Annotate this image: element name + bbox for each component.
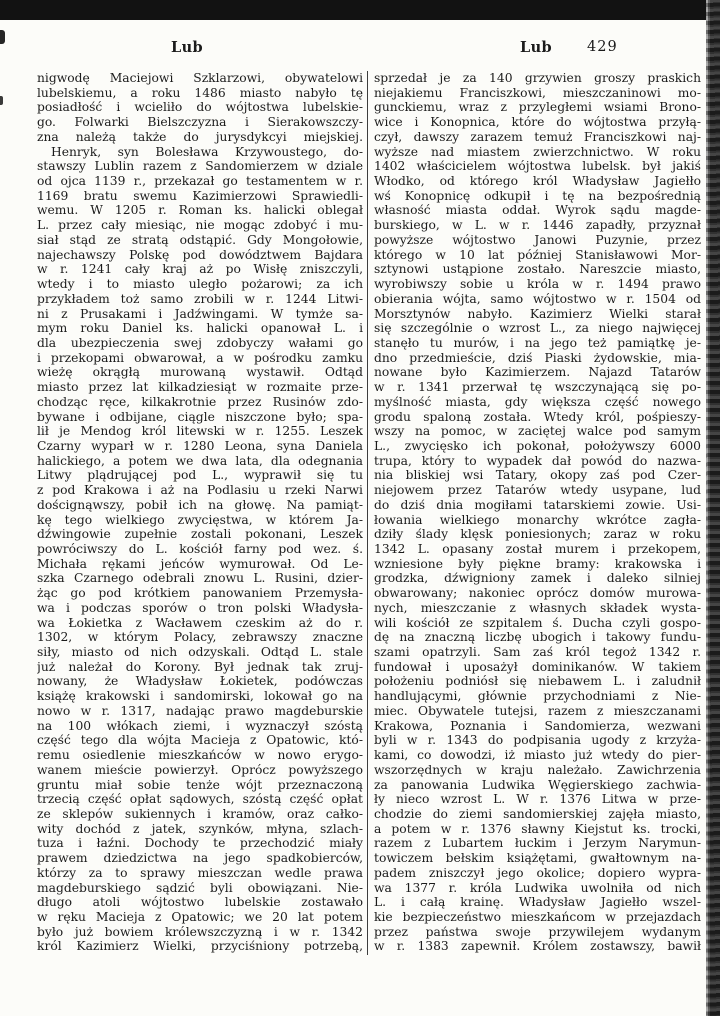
text-line: Henryk, syn Bolesława Krzywoustego, do- [37,145,363,160]
text-line: gunckiemu, wraz z przyległemi wsiami Bro… [374,100,701,115]
scanned-book-page: Lub Lub 429 nigwodę Maciejowi Szklarzowi… [0,0,720,1016]
text-line: wyższe nad miastem zwierzchnictwo. W rok… [374,145,701,160]
text-line: dziły ślady klęsk poniesionych; zaraz w … [374,527,701,542]
text-line: przez państwa swoje przywilejem wydanym [374,925,701,940]
left-text-column: nigwodę Maciejowi Szklarzowi, obywatelow… [37,71,363,954]
text-line: w r. 1383 zapewnił. Królem zostawszy, ba… [374,939,701,954]
text-line: wzniesione były piękne bramy: krakowska … [374,557,701,572]
text-line: ni z Prusakami i Jadźwingami. W tymże sa… [37,307,363,322]
text-line: od ojca 1139 r., przekazał go testamente… [37,174,363,189]
text-line: długo atoli wójtostwo lubelskie zostawał… [37,895,363,910]
text-line: przykładem toż samo zrobili w r. 1244 Li… [37,292,363,307]
right-text-column: sprzedał je za 140 grzywien groszy prask… [374,71,701,954]
text-line: lił je Mendog król litewski w r. 1255. L… [37,424,363,439]
text-line: dla ubezpieczenia swej zdobyczy wałami g… [37,336,363,351]
text-line: w ręku Macieja z Opatowic; we 20 lat pot… [37,910,363,925]
text-line: nowane było Kazimierzem. Najazd Tatarów [374,365,701,380]
text-line: dno przedmieście, dziś Piaski żydowskie,… [374,351,701,366]
text-line: remu osiedlenie mieszkańców w nowo erygo… [37,748,363,763]
text-line: Morsztynów nabyło. Kazimierz Wielki star… [374,307,701,322]
text-line: żąc go pod krótkiem panowaniem Przemysła… [37,586,363,601]
text-line: posiadłość i wcieliło do wójtostwa lubel… [37,100,363,115]
text-line: nowo w r. 1317, nadając prawo magdebursk… [37,704,363,719]
text-line: a potem w r. 1376 sławny Kiejstut ks. tr… [374,822,701,837]
text-line: wili kościół ze szpitalem ś. Ducha czyli… [374,616,701,631]
text-line: z pod Krakowa i aż na Podlasiu u rzeki N… [37,483,363,498]
text-line: łowania wielkiego monarchy wkrótce zagła… [374,513,701,528]
text-line: się szczególnie o wzrost L., za niego na… [374,321,701,336]
text-line: grodu spaloną została. Wtedy król, pośpi… [374,410,701,425]
text-line: do dziś dnia mogiłami tatarskiemi zowie.… [374,498,701,513]
text-line: wa 1377 r. króla Ludwika uwolniła od nic… [374,881,701,896]
column-divider-rule [367,71,368,955]
text-line: niejakiemu Franciszkowi, mieszczaninowi … [374,86,701,101]
text-line: wszy na pomoc, w zaciętej walce pod samy… [374,424,701,439]
text-line: którzy za to sprawy mieszczan wedle praw… [37,866,363,881]
text-line: sztynowi ustąpione zostało. Nareszcie mi… [374,262,701,277]
text-line: chodzie do ziemi sandomierskiej zajęła m… [374,807,701,822]
text-line: wtedy i to miasto uległo pożarowi; za ic… [37,277,363,292]
text-line: nia bliskiej wsi Tatary, okopy zaś pod C… [374,468,701,483]
text-line: dę na znaczną liczbę ubogich i takowy fu… [374,630,701,645]
text-line: kie bezpieczeństwo mieszkańcom w przejaz… [374,910,701,925]
scan-artifact-top-edge [0,0,720,20]
text-line: wa i podczas sporów o tron polski Władys… [37,601,363,616]
text-line: handlującymi, głównie przychodniami z Ni… [374,689,701,704]
text-line: nigwodę Maciejowi Szklarzowi, obywatelow… [37,71,363,86]
text-line: Krakowa, Poznania i Sandomierza, wezwani [374,719,701,734]
text-line: chodząc ręce, kilkakrotnie przez Rusinów… [37,395,363,410]
text-line: powróciwszy do L. kościół farny pod wez.… [37,542,363,557]
scan-artifact-right-edge [706,0,720,1016]
text-line: na 100 włókach ziemi, i wyznaczył szóstą [37,719,363,734]
text-line: było już bowiem królewszczyzną i w r. 13… [37,925,363,940]
text-line: padem zniszczył jego okolice; dopiero wy… [374,866,701,881]
text-line: czył, dawszy zarazem temuż Franciszkowi … [374,130,701,145]
text-line: ze sklepów sukiennych i kramów, oraz cał… [37,807,363,822]
text-line: grodzka, dźwigniony zamek i daleko silni… [374,571,701,586]
text-line: w r. 1341 przerwał tę wszczynającą się p… [374,380,701,395]
text-line: Michała rękami jeńców wymurował. Od Le- [37,557,363,572]
text-line: sprzedał je za 140 grzywien groszy prask… [374,71,701,86]
text-line: siły, miasto od nich odzyskali. Odtąd L.… [37,645,363,660]
text-line: razem z Lubartem łuckim i Jerzym Narymun… [374,836,701,851]
text-line: L. i całą krainę. Władysław Jagiełło wsz… [374,895,701,910]
text-line: miasto przez lat kilkadziesiąt w rozmait… [37,380,363,395]
text-line: bywane i odbijane, ciągle niszczone było… [37,410,363,425]
text-line: wemu. W 1205 r. Roman ks. halicki oblega… [37,203,363,218]
text-line: wszorzędnych w kraju należało. Zawichrze… [374,763,701,778]
text-line: szami opatrzyli. Sam zaś król tegoż 1342… [374,645,701,660]
text-line: tuza i łaźni. Dochody te przechodzić mia… [37,836,363,851]
running-head-left: Lub [171,39,203,56]
text-line: trupa, który to wypadek dał powód do naz… [374,454,701,469]
text-line: dźwingowie zupełnie zostali pokonani, Le… [37,527,363,542]
text-line: część tego dla wójta Macieja z Opatowic,… [37,733,363,748]
text-line: kę tego wielkiego zwycięstwa, w którem J… [37,513,363,528]
text-line: stanęło tu murów, i na jego też pamiątkę… [374,336,701,351]
text-line: i przekopami obwarował, a w pośrodku zam… [37,351,363,366]
text-line: miec. Obywatele tutejsi, razem z mieszcz… [374,704,701,719]
text-line: lubelskiemu, a roku 1486 miasto nabyło t… [37,86,363,101]
text-line: fundował i uposażył dominikanów. W takie… [374,660,701,675]
text-line: zna należą także do jurysdykcyi miejskie… [37,130,363,145]
text-line: stawszy Lublin razem z Sandomierzem w dz… [37,159,363,174]
text-line: wś Konopnicę odkupił i tę na bezpośredni… [374,189,701,204]
text-line: którego w 10 lat później Stanisławowi Mo… [374,248,701,263]
text-line: za panowania Ludwika Węgierskiego zachwi… [374,778,701,793]
text-line: wice i Konopnica, które do wójtostwa prz… [374,115,701,130]
text-line: najechawszy Polskę pod dowództwem Bajdar… [37,248,363,263]
text-line: nowany, że Władysław Łokietek, podówczas [37,674,363,689]
page-number: 429 [587,39,618,55]
text-line: siał stąd ze stratą odstąpić. Gdy Mongoł… [37,233,363,248]
text-line: doścignąwszy, pobił ich na głowę. Na pam… [37,498,363,513]
text-line: magdeburskiego sądzić byli obowiązani. N… [37,881,363,896]
text-line: burskiego, w L. w r. 1446 zapadły, przyz… [374,218,701,233]
text-line: wa Łokietka z Wacławem czeskim aż do r. [37,616,363,631]
text-line: powyższe wójtostwo Janowi Puzynie, przez [374,233,701,248]
text-line: własność miasta oddał. Wyrok sądu magde- [374,203,701,218]
text-line: 1169 bratu swemu Kazimierzowi Sprawiedli… [37,189,363,204]
text-line: wyrobiwszy sobie u króla w r. 1494 prawo [374,277,701,292]
text-line: trzecią część opłat sądowych, szóstą czę… [37,792,363,807]
text-line: L., zwycięsko ich pokonał, położywszy 60… [374,439,701,454]
text-line: 1402 właścicielem wójtostwa lubelsk. był… [374,159,701,174]
text-line: myślność miasta, gdy większa część noweg… [374,395,701,410]
running-head-right: Lub [520,39,552,56]
text-line: Czarny wyparł w r. 1280 Leona, syna Dani… [37,439,363,454]
text-line: ły nieco wzrost L. W r. 1376 Litwa w prz… [374,792,701,807]
text-line: już należał do Korony. Był jednak tak zr… [37,660,363,675]
text-line: 1302, w którym Polacy, zebrawszy znaczne [37,630,363,645]
text-line: gruntu miał sobie tenże wójt przeznaczon… [37,778,363,793]
text-line: towiczem bełskim książętami, gwałtownym … [374,851,701,866]
text-line: Włodko, od którego król Władysław Jagieł… [374,174,701,189]
running-head: Lub Lub 429 [0,39,720,59]
text-line: go. Folwarki Bielszczyzna i Sierakowszcz… [37,115,363,130]
text-line: wieżę okrągłą murowaną wystawił. Odtąd [37,365,363,380]
text-line: L. przez cały miesiąc, nie mogąc zdobyć … [37,218,363,233]
text-line: obwarowany; nakoniec oprócz domów murowa… [374,586,701,601]
text-line: kami, co dowodzi, iż miasto już wtedy do… [374,748,701,763]
text-line: halickiego, a potem we dwa lata, dla ode… [37,454,363,469]
text-line: Litwy plądrującej pod L., wyprawił się t… [37,468,363,483]
text-line: wity dochód z jatek, szynków, młyna, szl… [37,822,363,837]
text-line: byli w r. 1343 do podpisania ugody z krz… [374,733,701,748]
text-line: w r. 1241 cały kraj aż po Wisłę zniszczy… [37,262,363,277]
text-line: wanem mieście powierzył. Oprócz powyższe… [37,763,363,778]
text-line: król Kazimierz Wielki, przyciśniony potr… [37,939,363,954]
text-line: 1342 L. opasany został murem i przekopem… [374,542,701,557]
text-line: położeniu podniósł się niebawem L. i zal… [374,674,701,689]
scan-artifact-left-mark [0,96,3,105]
text-line: obierania wójta, samo wójtostwo w r. 150… [374,292,701,307]
text-line: niejowem przez Tatarów wtedy usypane, lu… [374,483,701,498]
text-line: szka Czarnego odebrali znowu L. Rusini, … [37,571,363,586]
text-line: nych, mieszczanie z własnych składek wys… [374,601,701,616]
text-line: mym roku Daniel ks. halicki opanował L. … [37,321,363,336]
text-line: prawem dziedzictwa na jego spadkobierców… [37,851,363,866]
text-line: książę krakowski i sandomirski, lokował … [37,689,363,704]
